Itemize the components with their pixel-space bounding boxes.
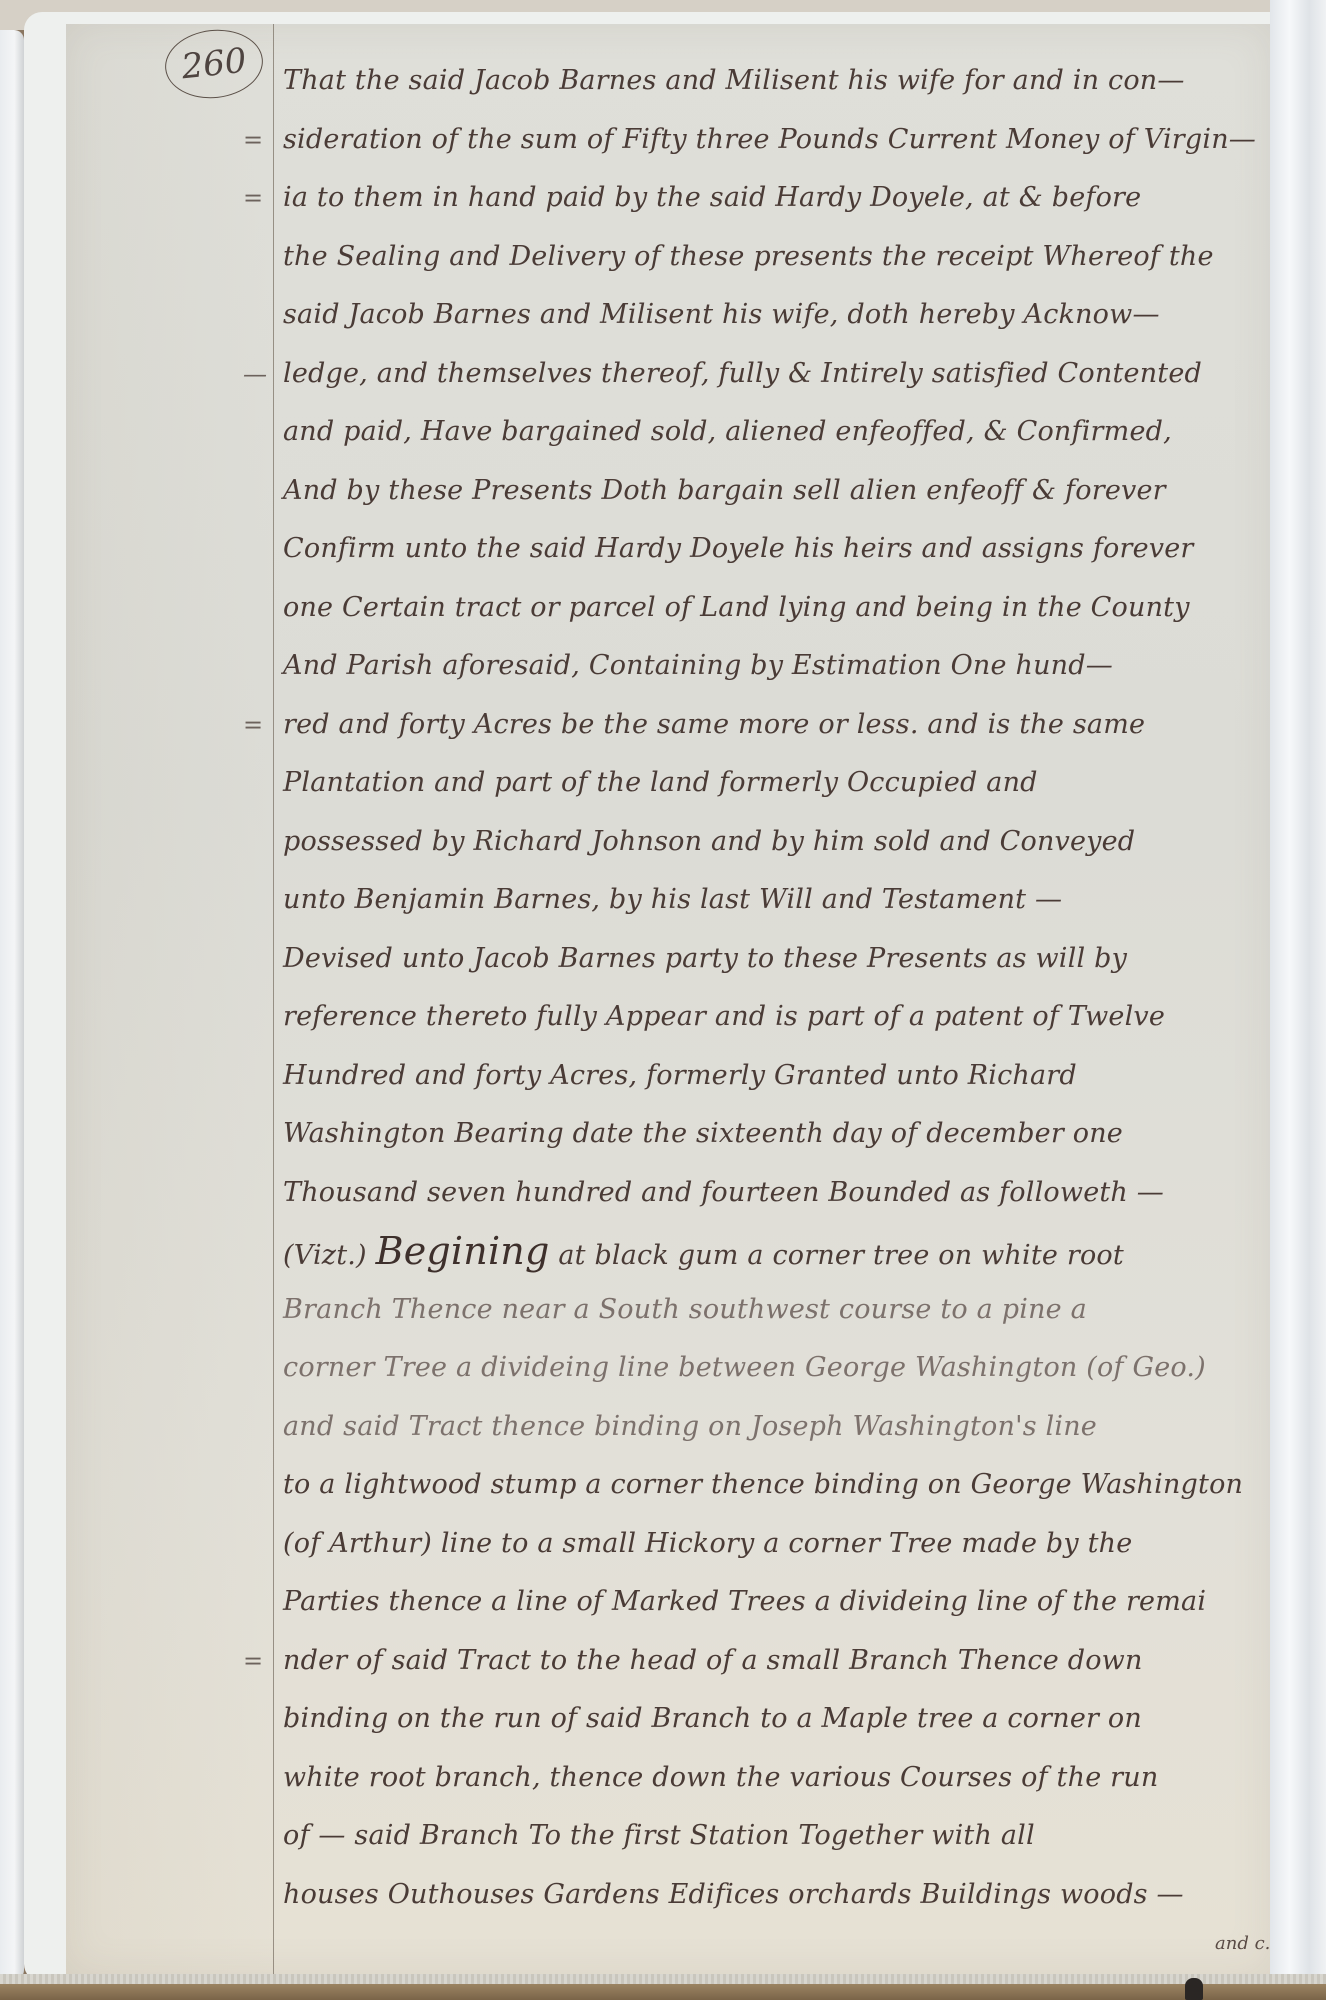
text-line-17: reference thereto fully Appear and is pa… <box>283 988 1268 1047</box>
text-line-6: —ledge, and themselves thereof, fully & … <box>283 345 1268 404</box>
text-line-23: corner Tree a divideing line between Geo… <box>283 1339 1268 1398</box>
text-line-8: And by these Presents Doth bargain sell … <box>283 462 1268 521</box>
binding-clip <box>1185 1978 1203 2000</box>
folio-number-text: 260 <box>180 41 249 88</box>
text-line-3: =ia to them in hand paid by the said Har… <box>283 169 1268 228</box>
right-binding-edge <box>1270 0 1326 1985</box>
text-line-5: said Jacob Barnes and Milisent his wife,… <box>283 286 1268 345</box>
text-line-27: Parties thence a line of Marked Trees a … <box>283 1573 1268 1632</box>
text-line-4: the Sealing and Delivery of these presen… <box>283 228 1268 287</box>
text-line-14: possessed by Richard Johnson and by him … <box>283 813 1268 872</box>
margin-mark: = <box>243 111 263 170</box>
text-line-2: =sideration of the sum of Fifty three Po… <box>283 111 1268 170</box>
text-line-32: houses Outhouses Gardens Edifices orchar… <box>283 1866 1268 1925</box>
text-line-26: (of Arthur) line to a small Hickory a co… <box>283 1515 1268 1574</box>
text-line-24: and said Tract thence binding on Joseph … <box>283 1398 1268 1457</box>
text-line-9: Confirm unto the said Hardy Doyele his h… <box>283 520 1268 579</box>
deed-text-body: That the said Jacob Barnes and Milisent … <box>283 52 1268 1924</box>
catchword: and c. <box>1215 1933 1270 1954</box>
margin-mark: = <box>243 696 263 755</box>
viz-prefix: (Vizt.) <box>283 1240 367 1271</box>
table-surface <box>0 1984 1326 2000</box>
text-line-20: Thousand seven hundred and fourteen Boun… <box>283 1164 1268 1223</box>
text-line-29: binding on the run of said Branch to a M… <box>283 1690 1268 1749</box>
margin-mark: = <box>243 169 263 228</box>
text-line-30: white root branch, thence down the vario… <box>283 1749 1268 1808</box>
text-line-28: =nder of said Tract to the head of a sma… <box>283 1632 1268 1691</box>
margin-rule-line <box>273 24 274 1974</box>
text-line-22: Branch Thence near a South southwest cou… <box>283 1281 1268 1340</box>
margin-mark: — <box>243 345 267 404</box>
text-line-11: And Parish aforesaid, Containing by Esti… <box>283 637 1268 696</box>
adjacent-page-edge <box>0 30 24 1980</box>
text-line-15: unto Benjamin Barnes, by his last Will a… <box>283 871 1268 930</box>
page-bottom-edge <box>0 1974 1326 1984</box>
text-line-19: Washington Bearing date the sixteenth da… <box>283 1105 1268 1164</box>
margin-mark: = <box>243 1632 263 1691</box>
text-line-25: to a lightwood stump a corner thence bin… <box>283 1456 1268 1515</box>
text-line-31: of — said Branch To the first Station To… <box>283 1807 1268 1866</box>
line-21-rest: at black gum a corner tree on white root <box>558 1240 1124 1271</box>
text-line-18: Hundred and forty Acres, formerly Grante… <box>283 1047 1268 1106</box>
text-line-16: Devised unto Jacob Barnes party to these… <box>283 930 1268 989</box>
text-line-21: (Vizt.) Begining at black gum a corner t… <box>283 1222 1268 1281</box>
text-line-13: Plantation and part of the land formerly… <box>283 754 1268 813</box>
text-line-7: and paid, Have bargained sold, aliened e… <box>283 403 1268 462</box>
text-line-10: one Certain tract or parcel of Land lyin… <box>283 579 1268 638</box>
begining-heading: Begining <box>376 1229 550 1273</box>
text-line-12: =red and forty Acres be the same more or… <box>283 696 1268 755</box>
text-line-1: That the said Jacob Barnes and Milisent … <box>283 52 1268 111</box>
